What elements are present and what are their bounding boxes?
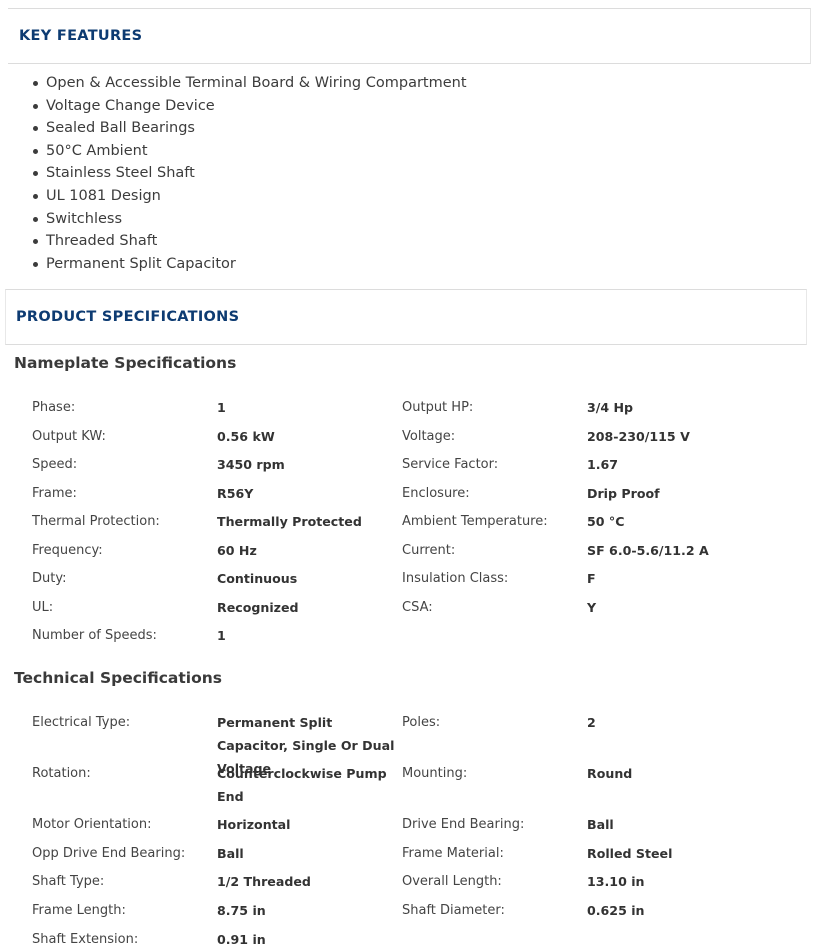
spec-value: 1 xyxy=(217,396,399,419)
spec-value: Drip Proof xyxy=(587,482,807,505)
spec-value: 3450 rpm xyxy=(217,453,399,476)
spec-label: Frame Length: xyxy=(32,899,126,922)
spec-label: Thermal Protection: xyxy=(32,510,160,533)
spec-value: 0.56 kW xyxy=(217,425,399,448)
spec-label: Output KW: xyxy=(32,425,106,448)
spec-value: Ball xyxy=(217,842,399,865)
spec-value: R56Y xyxy=(217,482,399,505)
feature-item: UL 1081 Design xyxy=(32,185,467,208)
spec-value: Counterclockwise Pump End xyxy=(217,762,399,808)
spec-label: Electrical Type: xyxy=(32,711,130,734)
feature-item: Sealed Ball Bearings xyxy=(32,117,467,140)
spec-label: Current: xyxy=(402,539,455,562)
spec-value: 60 Hz xyxy=(217,539,399,562)
feature-item: Permanent Split Capacitor xyxy=(32,253,467,276)
product-specifications-title: PRODUCT SPECIFICATIONS xyxy=(16,309,239,325)
key-features-title: KEY FEATURES xyxy=(19,28,142,44)
spec-label: Phase: xyxy=(32,396,75,419)
spec-label: Insulation Class: xyxy=(402,567,508,590)
spec-label: Output HP: xyxy=(402,396,473,419)
spec-value: Continuous xyxy=(217,567,399,590)
spec-value: 1/2 Threaded xyxy=(217,870,399,893)
spec-value: Recognized xyxy=(217,596,399,619)
spec-label: Duty: xyxy=(32,567,66,590)
spec-value: Ball xyxy=(587,813,807,836)
feature-item: Voltage Change Device xyxy=(32,95,467,118)
key-features-list: Open & Accessible Terminal Board & Wirin… xyxy=(32,72,467,275)
spec-value: Thermally Protected xyxy=(217,510,399,533)
spec-label: Mounting: xyxy=(402,762,467,785)
nameplate-specifications-title: Nameplate Specifications xyxy=(14,354,236,372)
spec-label: CSA: xyxy=(402,596,433,619)
spec-value: 3/4 Hp xyxy=(587,396,807,419)
key-features-header: KEY FEATURES xyxy=(8,8,811,64)
spec-value: Rolled Steel xyxy=(587,842,807,865)
spec-label: Shaft Extension: xyxy=(32,928,138,950)
spec-value: 0.91 in xyxy=(217,928,399,950)
feature-item: Switchless xyxy=(32,208,467,231)
spec-value: 13.10 in xyxy=(587,870,807,893)
spec-label: Shaft Type: xyxy=(32,870,104,893)
feature-item: Stainless Steel Shaft xyxy=(32,162,467,185)
spec-label: Frame Material: xyxy=(402,842,504,865)
spec-value: SF 6.0-5.6/11.2 A xyxy=(587,539,807,562)
product-specifications-header: PRODUCT SPECIFICATIONS xyxy=(5,289,807,345)
technical-specifications-title: Technical Specifications xyxy=(14,669,222,687)
spec-value: 1.67 xyxy=(587,453,807,476)
spec-label: Rotation: xyxy=(32,762,91,785)
spec-label: Frequency: xyxy=(32,539,103,562)
spec-value: Round xyxy=(587,762,807,785)
spec-label: Drive End Bearing: xyxy=(402,813,524,836)
spec-label: Motor Orientation: xyxy=(32,813,151,836)
spec-value: Horizontal xyxy=(217,813,399,836)
feature-item: 50°C Ambient xyxy=(32,140,467,163)
spec-label: Poles: xyxy=(402,711,440,734)
spec-label: Service Factor: xyxy=(402,453,498,476)
spec-label: Enclosure: xyxy=(402,482,470,505)
spec-label: Frame: xyxy=(32,482,77,505)
spec-value: Y xyxy=(587,596,807,619)
spec-label: Number of Speeds: xyxy=(32,624,157,647)
spec-label: Speed: xyxy=(32,453,77,476)
feature-item: Threaded Shaft xyxy=(32,230,467,253)
feature-item: Open & Accessible Terminal Board & Wirin… xyxy=(32,72,467,95)
spec-label: Shaft Diameter: xyxy=(402,899,505,922)
spec-label: Opp Drive End Bearing: xyxy=(32,842,185,865)
spec-label: Overall Length: xyxy=(402,870,502,893)
spec-value: 0.625 in xyxy=(587,899,807,922)
spec-label: UL: xyxy=(32,596,53,619)
spec-value: F xyxy=(587,567,807,590)
spec-label: Voltage: xyxy=(402,425,455,448)
spec-value: 50 °C xyxy=(587,510,807,533)
spec-value: 1 xyxy=(217,624,399,647)
spec-label: Ambient Temperature: xyxy=(402,510,548,533)
spec-value: 8.75 in xyxy=(217,899,399,922)
spec-value: 2 xyxy=(587,711,807,734)
spec-value: 208-230/115 V xyxy=(587,425,807,448)
